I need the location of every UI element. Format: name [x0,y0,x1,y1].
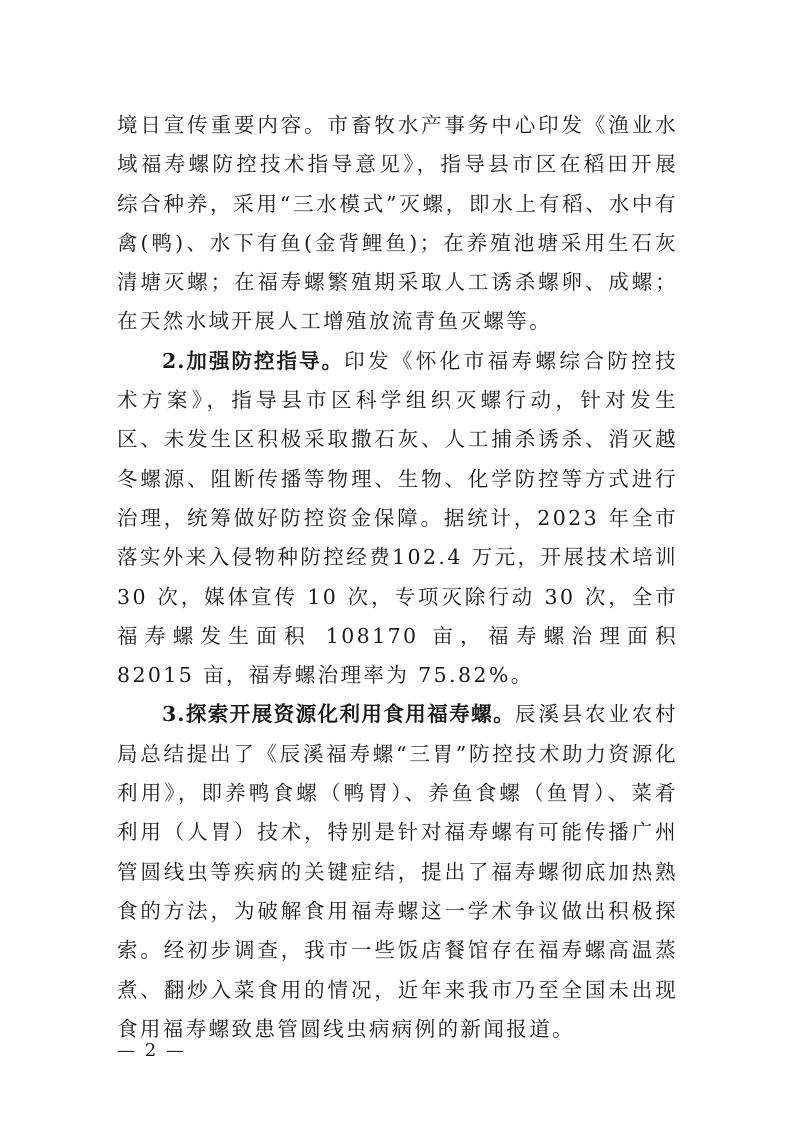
paragraph-resource-utilization: 3.探索开展资源化利用食用福寿螺。辰溪县农业农村局总结提出了《辰溪福寿螺“三胃”… [117,695,678,1049]
paragraph-prevention-guidance: 2.加强防控指导。印发《怀化市福寿螺综合防控技术方案》，指导县市区科学组织灭螺行… [117,342,678,696]
document-body: 境日宣传重要内容。市畜牧水产事务中心印发《渔业水域福寿螺防控技术指导意见》，指导… [117,106,678,1049]
document-page: 境日宣传重要内容。市畜牧水产事务中心印发《渔业水域福寿螺防控技术指导意见》，指导… [0,0,793,1122]
paragraph-text: 境日宣传重要内容。市畜牧水产事务中心印发《渔业水域福寿螺防控技术指导意见》，指导… [117,113,678,333]
paragraph-continuation: 境日宣传重要内容。市畜牧水产事务中心印发《渔业水域福寿螺防控技术指导意见》，指导… [117,106,678,342]
section-heading: 3.探索开展资源化利用食用福寿螺。 [162,702,515,726]
page-number: — 2 — [117,1040,186,1061]
paragraph-text: 辰溪县农业农村局总结提出了《辰溪福寿螺“三胃”防控技术助力资源化利用》，即养鸭食… [117,702,678,1040]
paragraph-text: 印发《怀化市福寿螺综合防控技术方案》，指导县市区科学组织灭螺行动，针对发生区、未… [117,349,678,687]
section-heading: 2.加强防控指导。 [162,349,344,373]
